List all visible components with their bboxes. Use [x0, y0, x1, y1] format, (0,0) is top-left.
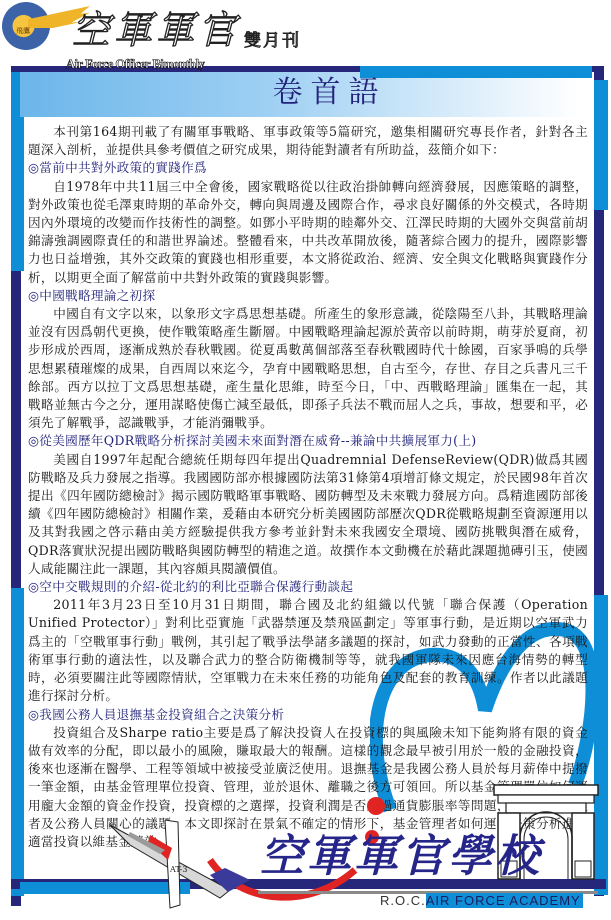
academy-english-name: R.O.C.AIR FORCE ACADEMY	[380, 894, 583, 908]
section-heading: 當前中共對外政策的實踐作爲	[28, 159, 588, 177]
section-summary: 2011年3月23日至10月31日期間，聯合國及北約組織以代號「聯合保護（Ope…	[28, 596, 588, 705]
section-heading: 我國公務人員退撫基金投資組合之決策分析	[28, 706, 588, 724]
magazine-title: 空軍軍官	[72, 8, 240, 52]
magazine-subtitle: 雙月刊	[244, 26, 301, 51]
editorial-body: 本刊第164期刊載了有關軍事戰略、軍事政策等5篇研究，邀集相關研究專長作者，針對…	[28, 123, 588, 851]
jet-aircraft-illustration: AT-3	[110, 820, 250, 910]
page-title: 卷首語	[0, 73, 611, 113]
svg-text:AT-3: AT-3	[169, 865, 187, 874]
emblem-text: 飛鷹	[16, 26, 30, 36]
academy-title: 空軍軍官學校	[260, 832, 542, 882]
academy-english-highlight: AIR FORCE ACADEMY	[426, 893, 583, 908]
section-heading: 中國戰略理論之初探	[28, 287, 588, 305]
academy-english-prefix: R.O.C.	[380, 893, 426, 908]
magazine-english-title: Air Force Officer Bimonthly	[66, 57, 204, 72]
section-heading: 從美國歷年QDR戰略分析探討美國未來面對潛在威脅--兼論中共擴展軍力(上)	[28, 432, 588, 450]
intro-paragraph: 本刊第164期刊載了有關軍事戰略、軍事政策等5篇研究，邀集相關研究專長作者，針對…	[28, 123, 588, 159]
red-dot-decoration	[367, 797, 385, 815]
section-summary: 自1978年中共11屆三中全會後，國家戰略從以往政治掛帥轉向經濟發展，因應策略的…	[28, 178, 588, 287]
section-summary: 美國自1997年起配合總統任期每四年提出Quadremnial DefenseR…	[28, 451, 588, 578]
section-summary: 中國自有文字以來，以象形文字爲思想基礎。所產生的象形意識，從陰陽至八卦，其戰略理…	[28, 305, 588, 432]
frame-left-accent-bottom	[11, 588, 24, 896]
section-heading: 空中交戰規則的介紹-從北約的利比亞聯合保護行動談起	[28, 578, 588, 596]
